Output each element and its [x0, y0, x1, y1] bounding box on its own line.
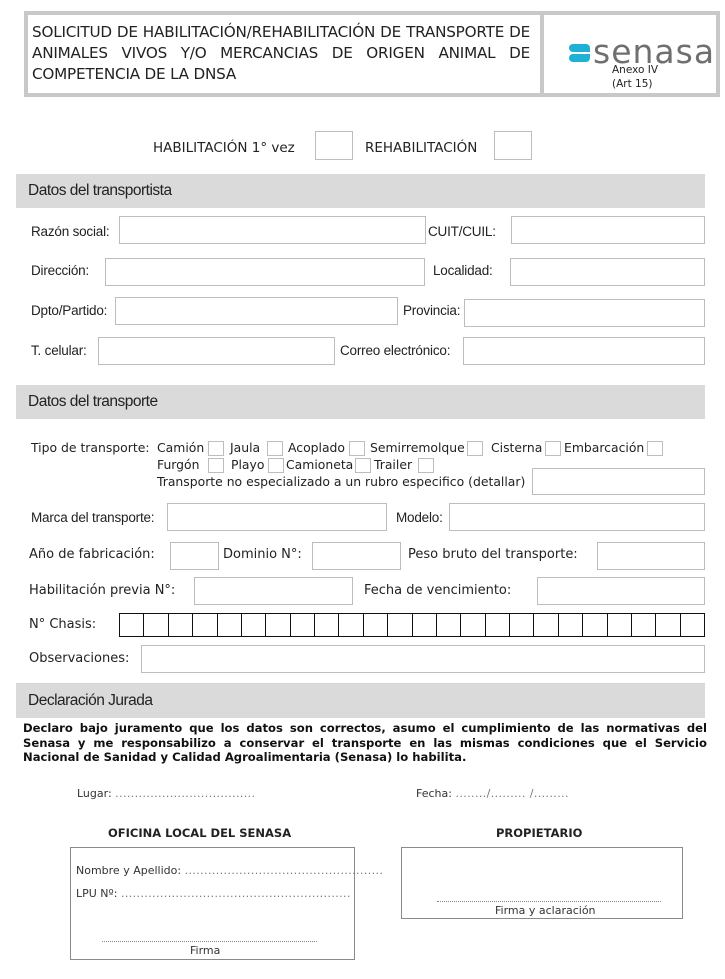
- office-signature-box: Nombre y Apellido: .....................…: [70, 847, 355, 960]
- chasis-cell[interactable]: [486, 614, 510, 636]
- celular-field[interactable]: [98, 337, 335, 365]
- declaration-text: Declaro bajo juramento que los datos son…: [23, 721, 707, 765]
- rehabilitacion-checkbox[interactable]: [494, 131, 532, 160]
- office-name-label: Nombre y Apellido:: [76, 864, 181, 877]
- section-title: Datos del transportista: [28, 182, 172, 200]
- habilitacion-first-checkbox[interactable]: [315, 131, 353, 160]
- type-cisterna-checkbox[interactable]: [545, 441, 561, 456]
- chasis-cell[interactable]: [413, 614, 437, 636]
- office-lpu-line[interactable]: LPU Nº: ................................…: [76, 887, 351, 900]
- chasis-cell[interactable]: [583, 614, 607, 636]
- chasis-cell[interactable]: [534, 614, 558, 636]
- observaciones-label: Observaciones:: [29, 651, 129, 666]
- office-title: OFICINA LOCAL DEL SENASA: [108, 826, 291, 840]
- peso-field[interactable]: [597, 542, 705, 570]
- razon-social-field[interactable]: [119, 216, 426, 244]
- office-firma-label: Firma: [190, 944, 220, 957]
- marca-field[interactable]: [167, 503, 387, 531]
- direccion-field[interactable]: [105, 258, 425, 286]
- chasis-cell[interactable]: [169, 614, 193, 636]
- section-title: Declaración Jurada: [28, 692, 153, 710]
- cuit-label: CUIT/CUIL:: [428, 224, 496, 239]
- type-playo-checkbox[interactable]: [268, 458, 284, 473]
- razon-social-label: Razón social:: [31, 224, 109, 239]
- office-signature-line[interactable]: [102, 941, 317, 942]
- chasis-grid[interactable]: [119, 613, 705, 637]
- localidad-label: Localidad:: [433, 263, 493, 278]
- marca-label: Marca del transporte:: [31, 510, 154, 525]
- peso-label: Peso bruto del transporte:: [408, 547, 578, 562]
- type-camioneta-checkbox[interactable]: [355, 458, 371, 473]
- chasis-cell[interactable]: [144, 614, 168, 636]
- chasis-cell[interactable]: [364, 614, 388, 636]
- annex-number: Anexo IV: [612, 63, 658, 77]
- chasis-cell[interactable]: [510, 614, 534, 636]
- type-jaula-checkbox[interactable]: [267, 441, 283, 456]
- annex-article: (Art 15): [612, 77, 658, 91]
- type-cisterna-label: Cisterna: [491, 440, 542, 455]
- cuit-field[interactable]: [511, 216, 705, 244]
- type-camion-checkbox[interactable]: [208, 441, 224, 456]
- type-jaula-label: Jaula: [230, 440, 260, 455]
- office-lpu-label: LPU Nº:: [76, 887, 117, 900]
- chasis-cell[interactable]: [559, 614, 583, 636]
- chasis-cell[interactable]: [218, 614, 242, 636]
- type-trailer-checkbox[interactable]: [418, 458, 434, 473]
- direccion-label: Dirección:: [31, 263, 89, 278]
- type-trailer-label: Trailer: [374, 457, 412, 472]
- owner-signature-box: Firma y aclaración: [401, 847, 683, 919]
- habilitacion-previa-field[interactable]: [194, 577, 353, 605]
- type-furgon-checkbox[interactable]: [208, 458, 224, 473]
- section-title: Datos del transporte: [28, 393, 158, 411]
- provincia-label: Provincia:: [403, 303, 460, 318]
- owner-signature-line[interactable]: [437, 901, 661, 902]
- chasis-cell[interactable]: [315, 614, 339, 636]
- habilitacion-first-label: HABILITACIÓN 1° vez: [153, 140, 295, 156]
- dominio-label: Dominio N°:: [223, 547, 302, 562]
- fecha-dots: ......../......... /.........: [455, 787, 568, 800]
- modelo-field[interactable]: [449, 503, 705, 531]
- office-lpu-dots: ........................................…: [121, 887, 351, 900]
- dpto-label: Dpto/Partido:: [31, 303, 107, 318]
- owner-title: PROPIETARIO: [496, 826, 582, 840]
- vencimiento-label: Fecha de vencimiento:: [364, 583, 511, 598]
- chasis-cell[interactable]: [632, 614, 656, 636]
- modelo-label: Modelo:: [396, 510, 443, 525]
- type-semirremolque-label: Semirremolque: [370, 440, 465, 455]
- type-camioneta-label: Camioneta: [286, 457, 353, 472]
- type-acoplado-checkbox[interactable]: [349, 441, 365, 456]
- chasis-cell[interactable]: [461, 614, 485, 636]
- observaciones-field[interactable]: [141, 645, 705, 673]
- type-playo-label: Playo: [231, 457, 264, 472]
- correo-label: Correo electrónico:: [340, 343, 450, 358]
- chasis-cell[interactable]: [339, 614, 363, 636]
- chasis-cell[interactable]: [608, 614, 632, 636]
- chasis-cell[interactable]: [437, 614, 461, 636]
- type-embarcacion-checkbox[interactable]: [647, 441, 663, 456]
- owner-firma-label: Firma y aclaración: [495, 904, 596, 917]
- type-furgon-label: Furgón: [157, 457, 199, 472]
- section-transportista: Datos del transportista: [16, 174, 705, 208]
- anio-label: Año de fabricación:: [29, 547, 155, 562]
- provincia-field[interactable]: [464, 299, 705, 327]
- localidad-field[interactable]: [510, 258, 705, 286]
- chasis-label: N° Chasis:: [29, 617, 96, 632]
- lugar-line[interactable]: Lugar: .................................…: [77, 787, 255, 800]
- lugar-label: Lugar:: [77, 787, 112, 800]
- lugar-dots: ....................................: [115, 787, 255, 800]
- dpto-field[interactable]: [115, 297, 398, 325]
- fecha-label: Fecha:: [416, 787, 452, 800]
- no-especializado-field[interactable]: [532, 468, 705, 495]
- type-semirremolque-checkbox[interactable]: [467, 441, 483, 456]
- celular-label: T. celular:: [31, 343, 87, 358]
- senasa-logo-mark-icon: [569, 44, 590, 63]
- rehabilitacion-label: REHABILITACIÓN: [365, 140, 477, 156]
- chasis-cell[interactable]: [681, 614, 704, 636]
- section-declaracion: Declaración Jurada: [16, 684, 705, 718]
- fecha-line[interactable]: Fecha: ......../......... /.........: [416, 787, 569, 800]
- office-name-dots: ........................................…: [185, 864, 384, 877]
- correo-field[interactable]: [463, 337, 705, 365]
- anio-field[interactable]: [170, 542, 219, 570]
- chasis-cell[interactable]: [656, 614, 680, 636]
- annex-label: Anexo IV (Art 15): [612, 63, 658, 91]
- chasis-cell[interactable]: [120, 614, 144, 636]
- type-acoplado-label: Acoplado: [288, 440, 345, 455]
- form-title: SOLICITUD DE HABILITACIÓN/REHABILITACIÓN…: [32, 22, 530, 85]
- habilitacion-previa-label: Habilitación previa N°:: [29, 583, 175, 598]
- type-embarcacion-label: Embarcación: [564, 440, 644, 455]
- tipo-transporte-label: Tipo de transporte:: [31, 440, 150, 455]
- dominio-field[interactable]: [312, 542, 401, 570]
- chasis-cell[interactable]: [193, 614, 217, 636]
- chasis-cell[interactable]: [388, 614, 412, 636]
- no-especializado-label: Transporte no especializado a un rubro e…: [157, 474, 525, 489]
- section-transporte: Datos del transporte: [16, 385, 705, 419]
- office-name-line[interactable]: Nombre y Apellido: .....................…: [76, 864, 383, 877]
- type-camion-label: Camión: [157, 440, 204, 455]
- chasis-cell[interactable]: [291, 614, 315, 636]
- chasis-cell[interactable]: [266, 614, 290, 636]
- chasis-cell[interactable]: [242, 614, 266, 636]
- vencimiento-field[interactable]: [537, 577, 705, 605]
